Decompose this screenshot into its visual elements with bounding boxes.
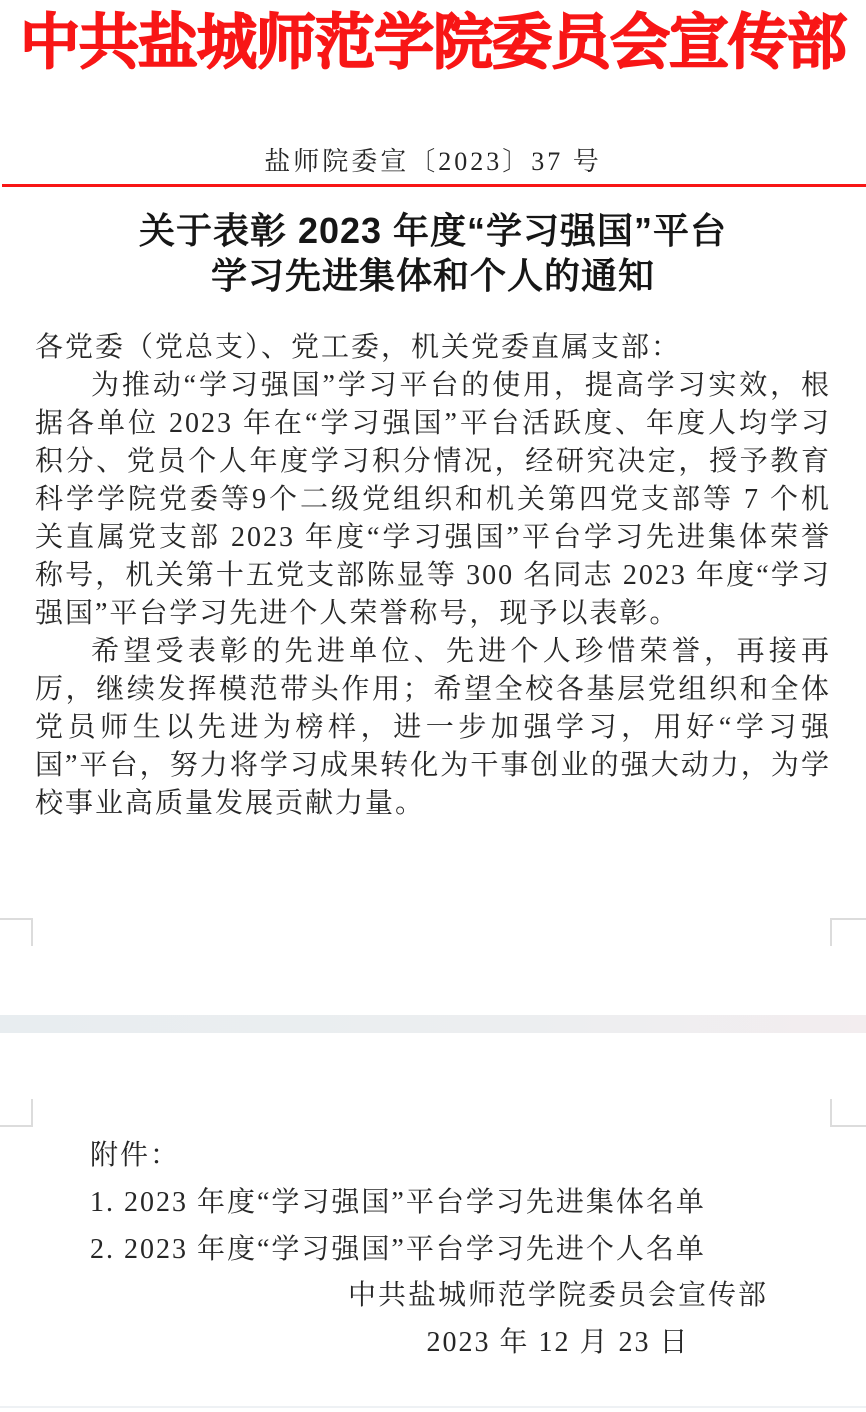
signature-org: 中共盐城师范学院委员会宣传部 (348, 1272, 768, 1319)
letterhead-org-name: 中共盐城师范学院委员会宣传部 (0, 0, 866, 86)
page-margin-mark-bottom-left (0, 918, 33, 946)
signature-block: 中共盐城师范学院委员会宣传部 2023 年 12 月 23 日 (348, 1272, 768, 1366)
body-paragraph-2: 希望受表彰的先进单位、先进个人珍惜荣誉，再接再厉，继续发挥模范带头作用；希望全校… (35, 633, 831, 823)
document-title: 关于表彰 2023 年度“学习强国”平台 学习先进集体和个人的通知 (0, 208, 866, 298)
red-divider-line (2, 184, 866, 187)
signature-date: 2023 年 12 月 23 日 (348, 1319, 768, 1366)
page-margin-mark-top-right (830, 1099, 866, 1127)
page-bottom-rule (0, 1406, 866, 1408)
document-title-line1: 关于表彰 2023 年度“学习强国”平台 (0, 208, 866, 253)
attachments-label: 附件： (90, 1132, 706, 1179)
document-viewer: 中共盐城师范学院委员会宣传部 盐师院委宣〔2023〕37 号 关于表彰 2023… (0, 0, 866, 1412)
page-separator (0, 1015, 866, 1033)
page-margin-mark-top-left (0, 1099, 33, 1127)
attachment-item: 1. 2023 年度“学习强国”平台学习先进集体名单 (90, 1179, 706, 1226)
salutation: 各党委（党总支）、党工委，机关党委直属支部： (35, 329, 831, 367)
document-title-line2: 学习先进集体和个人的通知 (0, 253, 866, 298)
page-margin-mark-bottom-right (830, 918, 866, 946)
document-number: 盐师院委宣〔2023〕37 号 (0, 145, 866, 179)
attachments-block: 附件： 1. 2023 年度“学习强国”平台学习先进集体名单 2. 2023 年… (90, 1132, 706, 1273)
document-body: 各党委（党总支）、党工委，机关党委直属支部： 为推动“学习强国”学习平台的使用，… (35, 329, 831, 823)
attachment-item: 2. 2023 年度“学习强国”平台学习先进个人名单 (90, 1226, 706, 1273)
body-paragraph-1: 为推动“学习强国”学习平台的使用，提高学习实效，根据各单位 2023 年在“学习… (35, 367, 831, 633)
